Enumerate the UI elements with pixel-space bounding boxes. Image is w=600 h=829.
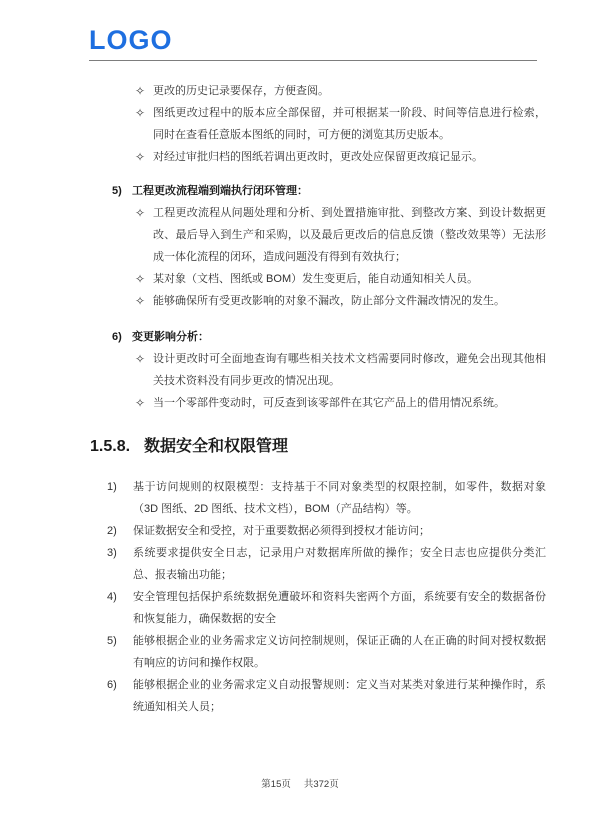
bullet-text: 工程更改流程从问题处理和分析、到处置措施审批、到整改方案、到设计数据更改、最后导… [153, 207, 546, 263]
page-footer: 第15页共372页 [0, 779, 600, 791]
list-number: 2) [107, 520, 117, 542]
numbered-item: 6) 能够根据企业的业务需求定义自动报警规则：定义当对某类对象进行某种操作时，系… [90, 674, 546, 718]
page-number: 第15页 [261, 779, 291, 790]
numbered-item-text: 安全管理包括保护系统数据免遭破坏和资料失密两个方面，系统要有安全的数据备份和恢复… [133, 591, 546, 625]
bullet-text: 当一个零部件变动时，可反查到该零部件在其它产品上的借用情况系统。 [153, 397, 505, 409]
list-number: 6) [112, 326, 122, 348]
numbered-item-text: 基于访问规则的权限模型：支持基于不同对象类型的权限控制，如零件，数据对象（3D … [133, 481, 546, 515]
company-logo: LOGO [89, 26, 173, 55]
section-heading: 1.5.8.数据安全和权限管理 [90, 434, 546, 460]
bullet-item: ✧ 某对象（文档、图纸或 BOM）发生变更后，能自动通知相关人员。 [90, 268, 546, 290]
list-number: 4) [107, 586, 117, 608]
numbered-item-text: 能够根据企业的业务需求定义访问控制规则，保证正确的人在正确的时间对授权数据有响应… [133, 635, 546, 669]
numbered-item: 4) 安全管理包括保护系统数据免遭破坏和资料失密两个方面，系统要有安全的数据备份… [90, 586, 546, 630]
bullet-item: ✧ 当一个零部件变动时，可反查到该零部件在其它产品上的借用情况系统。 [90, 392, 546, 414]
document-body: ✧ 更改的历史记录要保存，方便查阅。 ✧ 图纸更改过程中的版本应全部保留，并可根… [90, 80, 546, 718]
diamond-bullet-icon: ✧ [135, 268, 145, 290]
diamond-bullet-icon: ✧ [135, 202, 145, 224]
numbered-heading-5: 5) 工程更改流程端到端执行闭环管理： [90, 180, 546, 202]
section-number: 1.5.8. [90, 438, 130, 455]
diamond-bullet-icon: ✧ [135, 290, 145, 312]
list-number: 5) [107, 630, 117, 652]
diamond-bullet-icon: ✧ [135, 348, 145, 370]
numbered-heading-text: 工程更改流程端到端执行闭环管理： [132, 185, 308, 197]
bullet-text: 对经过审批归档的图纸若调出更改时，更改处应保留更改痕记显示。 [153, 151, 483, 163]
bullet-text: 图纸更改过程中的版本应全部保留，并可根据某一阶段、时间等信息进行检索，同时在查看… [153, 107, 546, 141]
numbered-item-text: 能够根据企业的业务需求定义自动报警规则：定义当对某类对象进行某种操作时，系统通知… [133, 679, 546, 713]
numbered-heading-text: 变更影响分析： [132, 331, 209, 343]
bullet-item: ✧ 对经过审批归档的图纸若调出更改时，更改处应保留更改痕记显示。 [90, 146, 546, 168]
bullet-item: ✧ 更改的历史记录要保存，方便查阅。 [90, 80, 546, 102]
diamond-bullet-icon: ✧ [135, 392, 145, 414]
numbered-item: 2) 保证数据安全和受控，对于重要数据必须得到授权才能访问； [90, 520, 546, 542]
diamond-bullet-icon: ✧ [135, 80, 145, 102]
numbered-item: 5) 能够根据企业的业务需求定义访问控制规则，保证正确的人在正确的时间对授权数据… [90, 630, 546, 674]
document-page: LOGO ✧ 更改的历史记录要保存，方便查阅。 ✧ 图纸更改过程中的版本应全部保… [0, 0, 600, 829]
bullet-item: ✧ 设计更改时可全面地查询有哪些相关技术文档需要同时修改，避免会出现其他相关技术… [90, 348, 546, 392]
bullet-text: 设计更改时可全面地查询有哪些相关技术文档需要同时修改，避免会出现其他相关技术资料… [153, 353, 546, 387]
list-number: 6) [107, 674, 117, 696]
numbered-item: 3) 系统要求提供安全日志，记录用户对数据库所做的操作；安全日志也应提供分类汇总… [90, 542, 546, 586]
section-title: 数据安全和权限管理 [144, 438, 288, 455]
bullet-text: 能够确保所有受更改影响的对象不漏改，防止部分文件漏改情况的发生。 [153, 295, 505, 307]
total-pages: 共372页 [304, 779, 339, 790]
diamond-bullet-icon: ✧ [135, 146, 145, 168]
numbered-item-text: 保证数据安全和受控，对于重要数据必须得到授权才能访问； [133, 525, 430, 537]
numbered-item: 1) 基于访问规则的权限模型：支持基于不同对象类型的权限控制，如零件，数据对象（… [90, 476, 546, 520]
bullet-item: ✧ 图纸更改过程中的版本应全部保留，并可根据某一阶段、时间等信息进行检索，同时在… [90, 102, 546, 146]
bullet-text: 某对象（文档、图纸或 BOM）发生变更后，能自动通知相关人员。 [153, 273, 478, 285]
bullet-item: ✧ 工程更改流程从问题处理和分析、到处置措施审批、到整改方案、到设计数据更改、最… [90, 202, 546, 268]
list-number: 3) [107, 542, 117, 564]
list-number: 1) [107, 476, 117, 498]
diamond-bullet-icon: ✧ [135, 102, 145, 124]
bullet-item: ✧ 能够确保所有受更改影响的对象不漏改，防止部分文件漏改情况的发生。 [90, 290, 546, 312]
bullet-text: 更改的历史记录要保存，方便查阅。 [153, 85, 329, 97]
list-number: 5) [112, 180, 122, 202]
numbered-item-text: 系统要求提供安全日志，记录用户对数据库所做的操作；安全日志也应提供分类汇总、报表… [133, 547, 546, 581]
header-divider [89, 60, 537, 61]
numbered-heading-6: 6) 变更影响分析： [90, 326, 546, 348]
